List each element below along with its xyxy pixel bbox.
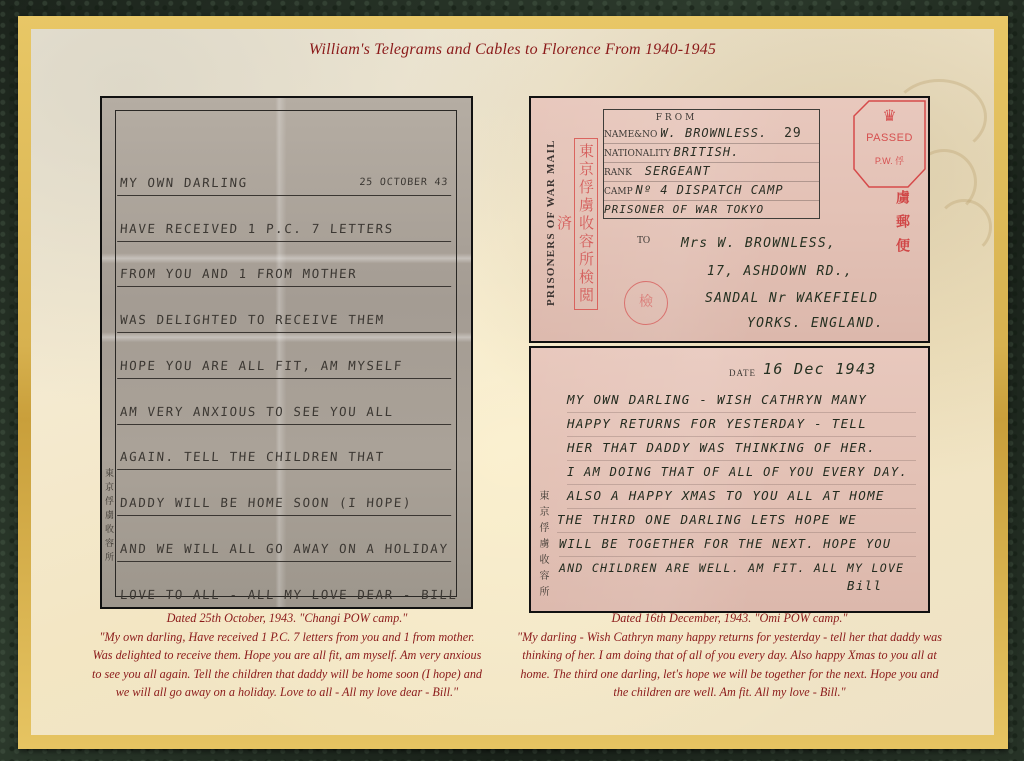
from-box: FROM NAME&NO W. BROWNLESS. 29 NATIONALIT… (603, 109, 820, 219)
message-line: THE THIRD ONE DARLING LETS HOPE WE (557, 508, 916, 533)
card-date: 16 Dec 1943 (763, 360, 877, 378)
letter-line: AND WE WILL ALL GO AWAY ON A HOLIDAY (117, 537, 453, 562)
letter-line: AGAIN. TELL THE CHILDREN THAT (117, 445, 453, 470)
letter-date: 25 OCTOBER 43 (359, 171, 449, 195)
camp-stamp-vertical: 東京俘虜收容所 (103, 468, 113, 566)
address-line: SANDAL Nr WAKEFIELD (705, 291, 878, 306)
from-row-rank: RANK SERGEANT (604, 162, 819, 182)
page-title: William's Telegrams and Cables to Floren… (31, 41, 994, 59)
caption-date: Dated 25th October, 1943. "Changi POW ca… (89, 609, 485, 628)
letter-line: FROM YOU AND 1 FROM MOTHER (117, 262, 453, 287)
crown-icon: ♛ (853, 106, 926, 125)
from-row-camp-2: PRISONER OF WAR TOKYO (604, 200, 819, 219)
letter-line: DADDY WILL BE HOME SOON (I HOPE) (117, 491, 453, 516)
letter-scan-left: MY OWN DARLING 25 OCTOBER 43 HAVE RECEIV… (100, 96, 473, 609)
letter-line: LOVE TO ALL - ALL MY LOVE DEAR - BILL (117, 583, 453, 607)
gold-frame: William's Telegrams and Cables to Floren… (18, 16, 1008, 749)
address-line: Mrs W. BROWNLESS, (681, 236, 836, 251)
field-value: W. BROWNLESS. (660, 126, 767, 140)
to-label: TO (637, 235, 650, 246)
letter-border: MY OWN DARLING 25 OCTOBER 43 HAVE RECEIV… (115, 110, 457, 597)
caption-date: Dated 16th December, 1943. "Omi POW camp… (517, 609, 942, 628)
letter-line-text: MY OWN DARLING (120, 175, 249, 190)
address-line: YORKS. ENGLAND. (747, 316, 884, 331)
date-label: DATE (729, 368, 756, 378)
field-label: CAMP (604, 187, 633, 197)
caption-transcription: "My own darling, Have received 1 P.C. 7 … (92, 630, 482, 700)
message-line: HAPPY RETURNS FOR YESTERDAY - TELL (567, 412, 916, 437)
field-value: BRITISH. (674, 145, 740, 159)
camp-stamp-vertical: 東京俘虜收容所 (537, 490, 547, 602)
letter-line: HAVE RECEIVED 1 P.C. 7 LETTERS (117, 217, 453, 242)
field-label: NAME&NO (604, 130, 657, 140)
from-row-name: NAME&NO W. BROWNLESS. 29 (604, 124, 819, 144)
prisoner-number: 29 (784, 126, 802, 141)
message-line: WILL BE TOGETHER FOR THE NEXT. HOPE YOU (559, 532, 916, 557)
pow-mail-vertical-red: 虜郵便 (892, 190, 912, 262)
letter-line: MY OWN DARLING 25 OCTOBER 43 (117, 171, 453, 196)
letter-line: HOPE YOU ARE ALL FIT, AM MYSELF (117, 354, 453, 379)
field-value: SERGEANT (645, 164, 711, 178)
caption-transcription: "My darling - Wish Cathryn many happy re… (517, 630, 942, 700)
message-line: ALSO A HAPPY XMAS TO YOU ALL AT HOME (567, 484, 916, 509)
postcard-back: DATE 16 Dec 1943 MY OWN DARLING - WISH C… (529, 346, 930, 613)
from-row-camp: CAMP Nº 4 DISPATCH CAMP (604, 181, 819, 201)
parchment-background: William's Telegrams and Cables to Floren… (31, 29, 994, 735)
postcard-front: PRISONERS OF WAR MAIL 東京俘虜收容所検閲済 FROM NA… (529, 96, 930, 343)
field-value: PRISONER OF WAR TOKYO (604, 203, 764, 216)
pw-text: P.W. 俘 (853, 154, 926, 167)
field-label: RANK (604, 168, 632, 178)
field-value: Nº 4 DISPATCH CAMP (636, 183, 784, 197)
letter-line: WAS DELIGHTED TO RECEIVE THEM (117, 308, 453, 333)
from-row-nationality: NATIONALITY BRITISH. (604, 143, 819, 163)
caption-left: Dated 25th October, 1943. "Changi POW ca… (89, 609, 485, 702)
message-line: MY OWN DARLING - WISH CATHRYN MANY (567, 388, 916, 413)
censor-seal-vertical: 東京俘虜收容所検閲済 (574, 138, 598, 310)
round-censor-stamp: 檢 (624, 281, 668, 325)
address-line: 17, ASHDOWN RD., (707, 264, 853, 279)
passed-stamp: ♛ PASSED P.W. 俘 (853, 100, 926, 188)
caption-right: Dated 16th December, 1943. "Omi POW camp… (517, 609, 942, 702)
decorative-swirl-icon (936, 199, 992, 255)
passed-text: PASSED (853, 132, 926, 144)
from-label: FROM (604, 113, 749, 123)
message-line: HER THAT DADDY WAS THINKING OF HER. (567, 436, 916, 461)
letter-line: AM VERY ANXIOUS TO SEE YOU ALL (117, 400, 453, 425)
field-label: NATIONALITY (604, 149, 671, 159)
message-line: I AM DOING THAT OF ALL OF YOU EVERY DAY. (567, 460, 916, 485)
signature: Bill (847, 574, 916, 598)
